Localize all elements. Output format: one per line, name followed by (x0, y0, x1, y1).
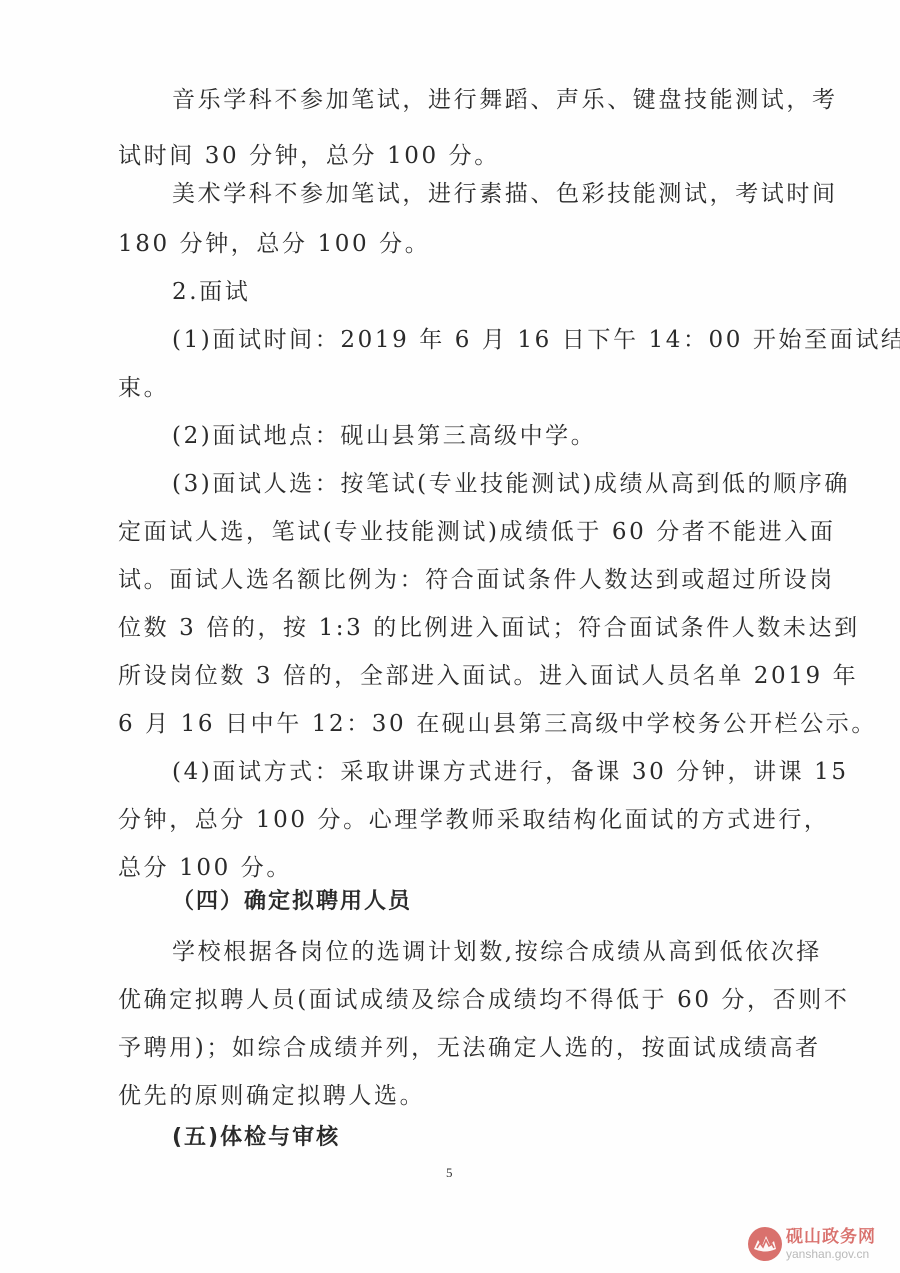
paragraph-line: 音乐学科不参加笔试，进行舞蹈、声乐、键盘技能测试，考 (172, 84, 786, 116)
paragraph-line: 分钟，总分 100 分。心理学教师采取结构化面试的方式进行， (118, 804, 786, 836)
paragraph-line: 试。面试人选名额比例为：符合面试条件人数达到或超过所设岗 (118, 564, 786, 596)
watermark-domain: yanshan.gov.cn (786, 1248, 876, 1260)
section-subheading: 2.面试 (172, 276, 786, 308)
paragraph-line: 学校根据各岗位的选调计划数,按综合成绩从高到低依次择 (172, 936, 786, 968)
paragraph-line: (1)面试时间：2019 年 6 月 16 日下午 14：00 开始至面试结 (172, 324, 786, 356)
paragraph-line: 总分 100 分。 (118, 852, 786, 884)
paragraph-line: 6 月 16 日中午 12：30 在砚山县第三高级中学校务公开栏公示。 (118, 708, 786, 740)
paragraph-line: (3)面试人选：按笔试(专业技能测试)成绩从高到低的顺序确 (172, 468, 786, 500)
paragraph-line: (4)面试方式：采取讲课方式进行，备课 30 分钟，讲课 15 (172, 756, 786, 788)
mountain-logo-icon (748, 1227, 782, 1261)
section-heading: （四）确定拟聘用人员 (172, 886, 786, 918)
paragraph-line: 180 分钟，总分 100 分。 (118, 228, 786, 260)
watermark-site-name: 砚山政务网 (786, 1229, 876, 1246)
paragraph-line: 束。 (118, 372, 786, 404)
paragraph-line: 试时间 30 分钟，总分 100 分。 (118, 140, 786, 172)
paragraph-line: (2)面试地点：砚山县第三高级中学。 (172, 420, 786, 452)
paragraph-line: 定面试人选，笔试(专业技能测试)成绩低于 60 分者不能进入面 (118, 516, 786, 548)
paragraph-line: 优先的原则确定拟聘人选。 (118, 1080, 786, 1112)
paragraph-line: 优确定拟聘人员(面试成绩及综合成绩均不得低于 60 分，否则不 (118, 984, 786, 1016)
paragraph-line: 予聘用)；如综合成绩并列，无法确定人选的，按面试成绩高者 (118, 1032, 786, 1064)
paragraph-line: 美术学科不参加笔试，进行素描、色彩技能测试，考试时间 (172, 178, 786, 210)
paragraph-line: 所设岗位数 3 倍的，全部进入面试。进入面试人员名单 2019 年 (118, 660, 786, 692)
section-heading: (五)体检与审核 (172, 1122, 786, 1154)
page-number: 5 (446, 1165, 453, 1181)
site-watermark: 砚山政务网 yanshan.gov.cn (748, 1224, 896, 1264)
paragraph-line: 位数 3 倍的，按 1:3 的比例进入面试；符合面试条件人数未达到 (118, 612, 786, 644)
